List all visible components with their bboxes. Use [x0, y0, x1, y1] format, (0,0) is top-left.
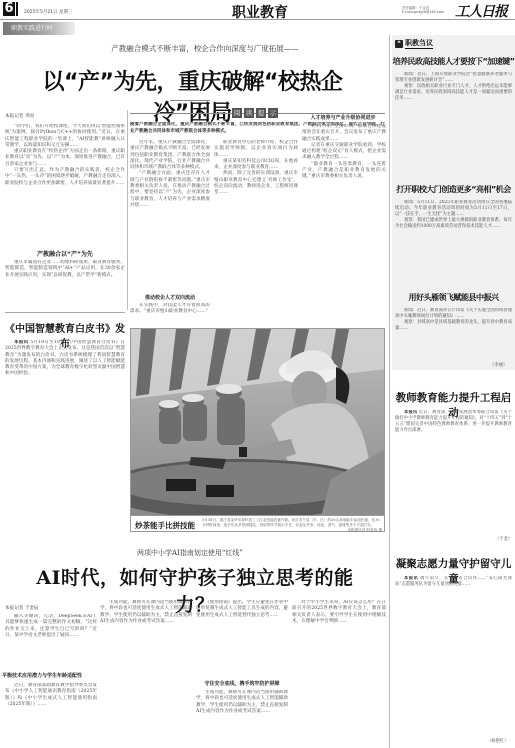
- paragraph: 重庆职业教育在“校热企冷”方面走出一条新路，重庆职业教育以“育”为先、以“产”为…: [5, 149, 125, 168]
- story-divider: [5, 312, 125, 313]
- paragraph: 观察：民政相关职业行业专门人才，人才供给还远未能够满足行业需求，培养民政领域高技…: [395, 84, 512, 102]
- ai-byline: 本报记者 于金辰: [5, 605, 39, 611]
- sidebar-body-4: 本报讯 近日，教育部、国家发展改革委联合印发《关于做好中小学教师教育能力提升工程…: [395, 410, 512, 536]
- caption-text: 5月18日，浙江省金华市茶叶加工工匠业技能竞赛开赛。来自各个县（市、区）的30名…: [202, 518, 380, 527]
- paragraph: “职业教育一头连着教育，一头连着产业，产教融合是职业教育发展的关键。”重庆市教委…: [302, 162, 386, 181]
- read-tip-char: 提: [256, 108, 266, 118]
- sidebar-headline-2: 打开职校大门创造更多“亮相”机会: [392, 184, 515, 195]
- headline-dashes: [170, 100, 210, 101]
- ai-col1-lower: 近日，教育部基础教育教学指导委员会发布《中小学人工智能通识教育指南（2025年版…: [5, 683, 97, 747]
- lead-subhead-2: 推动校企人才双向流动: [125, 294, 215, 301]
- sidebar-credit-5: （杨艳红）: [487, 738, 508, 744]
- sidebar-headline-3: 用好头雁领飞赋能县中振兴: [392, 292, 515, 303]
- editor-email: E-mail:grrbjyb@163.com: [402, 10, 444, 14]
- sidebar-credit-4: （于金）: [495, 536, 512, 542]
- photo-caption-title: 炒茶能手比拼技能: [135, 520, 195, 531]
- paragraph: 然而，除了完善的实训设备，重庆市璧山职业教育中心还建立‘名师工作室’，校企双向流…: [214, 171, 298, 196]
- page-number-bar: [16, 2, 18, 16]
- paragraph: 对于中小学生来说，AI应该怎么用？在日前召开的2025世界数字教育大会上，教育部…: [292, 600, 386, 625]
- column-tag: 职教实践进行时: [3, 22, 75, 35]
- paragraph: 新闻：近日，上海开放职业学院会“智慧健康养老服务与管理专业创新发展研讨会”……: [395, 72, 512, 84]
- paragraph: “同学们，我们开始授课吧，今天我们讲以‘智能控制系统’为案例，探讨Python与…: [5, 124, 125, 149]
- header-rule: [0, 19, 515, 20]
- sidebar-headline-1: 培养民政高技能人才要按下“加速键”: [392, 56, 515, 67]
- paragraph: 《使用指南》提出，学生应避免在作业中简单复制生成式人工智能工具生成的内容，避免使…: [196, 600, 288, 619]
- tea-workers-photo-illustration: [131, 329, 385, 516]
- lead-col2: 近年来，重庆产教融合全面深化，重庆产教融合模式不断丰富，已经发展到包括职业教育集…: [130, 140, 210, 288]
- read-tip-char: 示: [268, 108, 278, 118]
- ai-col3-lower: 生成功能，教师可在课内适当使用辅助教学，将中段也可适度使用生成式人工智能辅助教学…: [196, 690, 288, 746]
- sidebar-body-1: 新闻：近日，上海开放职业学院会“智慧健康养老服务与管理专业创新发展研讨会”…… …: [395, 72, 512, 182]
- lead-col2-lower: 在实践中，对技能人才有着很高的需求。“重庆市璧山职业教育中心……”: [130, 303, 210, 321]
- lead-subhead-1: 产教融合以“产”为先: [5, 249, 125, 258]
- sidebar-body-3: 新闻：近日，教育部办公厅印发《关于实施全国县域普通高中头雁教师岗位计划的通知》……: [395, 308, 512, 364]
- paragraph: 新闻：近日，教育部办公厅印发《关于实施全国县域普通高中头雁教师岗位计划的通知》……: [395, 308, 512, 320]
- paragraph: 生成功能，教师可在课内适当使用辅助教学，将中段也可适度使用生成式人工智能辅助教学…: [100, 600, 192, 625]
- paragraph: 只要写出汇总。作为产教融合的实践者，校企合作中“一头热、一头冷”的困境逐步破解，…: [5, 168, 125, 187]
- paragraph: 观察：我国已建成世界上最大规模的职业教育体系，每年为社会输送约1000万高素质劳…: [395, 218, 512, 230]
- ai-col1: 输入关键词，互动，DeepSeek等AI工具能够快速生成一篇完整的作文初稿。“这…: [5, 614, 97, 670]
- read-tip-char: 读: [244, 108, 254, 118]
- lead-label: 本报讯: [404, 576, 418, 581]
- paragraph: 重庆某知名科技公司CIO说，在他看来，企业深度参与职业教育……: [214, 159, 298, 172]
- lead-label: 本报讯: [14, 340, 28, 345]
- lead-col3: 职业教育中心的老师介绍，校企合作实施双导师制，以企业真实项目为载体…… 重庆某知…: [214, 140, 298, 320]
- photo-credit: 本报通讯员 时更西 摄: [202, 528, 382, 533]
- paragraph: 近年来，重庆产教融合全面深化，重庆产教融合模式不断丰富，已经发展到包括职业教育集…: [130, 140, 210, 171]
- quote-icon: ❝: [395, 40, 403, 48]
- sidebar-credit-3: （李丽）: [490, 362, 507, 368]
- sidebar-tag-label: 职教刍议: [405, 38, 433, 49]
- read-tip-title: 阅 读 提 示: [232, 108, 278, 118]
- paragraph: 重庆市属国有企业……构建科研成果、职业教育服务、智能制造，智能制造领域中“AI+…: [5, 260, 125, 279]
- ai-subhead-1: 平衡技术应用潜力与学生年龄适配性: [2, 672, 102, 679]
- lead-col1: “同学们，我们开始授课吧，今天我们讲以‘智能控制系统’为案例，探讨Python与…: [5, 124, 125, 236]
- page-number: 6: [3, 2, 15, 16]
- ai-kicker: 两项中小学AI指南划定使用“红线”: [80, 548, 300, 558]
- lead-col4: 4月17日，全国市域产教联合体建设推进会在重庆召开，会议发布了重庆产教融合实践成…: [302, 124, 386, 322]
- editor-info: 责任编辑：于金辰 E-mail:grrbjyb@163.com: [402, 6, 444, 14]
- lead-label: 本报讯: [404, 410, 417, 415]
- paragraph: 新闻：5月11日，2025年职业教育活动周在全国各地陆续启动。今年职业教育活动周…: [395, 200, 512, 218]
- lead-col4-subhead: 人才培养与产业升级协同进步: [300, 114, 386, 121]
- news-photo: [130, 328, 385, 516]
- sidebar-body-2: 新闻：5月11日，2025年职业教育活动周在全国各地陆续启动。今年职业教育活动周…: [395, 200, 512, 288]
- masthead-logo: 工人日报: [455, 1, 507, 21]
- paragraph: 4月17日，全国市域产教联合体建设推进会在重庆召开，会议发布了重庆产教融合实践成…: [302, 124, 386, 143]
- read-tip-char: 阅: [232, 108, 242, 118]
- paragraph: 观察：县域高中是县域基础教育的龙头，提升县中教育质量……: [395, 320, 512, 332]
- ai-col2: 生成功能，教师可在课内适当使用辅助教学，将中段也可适度使用生成式人工智能辅助教学…: [100, 600, 192, 746]
- paragraph: 在实践中，对技能人才有着很高的需求。“重庆市璧山职业教育中心……”: [130, 303, 210, 316]
- paragraph: 输入关键词，互动，DeepSeek等AI工具能够快速生成一篇完整的作文初稿。“这…: [5, 614, 97, 639]
- ai-col4: 对于中小学生来说，AI应该怎么用？在日前召开的2025世界数字教育大会上，教育部…: [292, 600, 386, 746]
- paragraph: 职业教育中心的老师介绍，校企合作实施双导师制，以企业真实项目为载体……: [214, 140, 298, 159]
- ai-subhead-2: 守住安全底线，携手筑牢防护屏障: [196, 680, 288, 687]
- sidebar-divider: [389, 35, 390, 748]
- paragraph: “产教融合方面，重庆还存在人才链与产业链衔接不紧密等问题。”重庆市教委相关负责人…: [130, 171, 210, 209]
- lead-kicker: 产教融合模式不断丰富，校企合作向深度与广度拓展——: [60, 43, 350, 54]
- paragraph: 近日，教育部基础教育教学指导委员会发布《中小学人工智能通识教育指南（2025年版…: [5, 683, 97, 708]
- photo-caption: 5月18日，浙江省金华市茶叶加工工匠业技能竞赛开赛。来自各个县（市、区）的30名…: [202, 518, 382, 533]
- ai-col3: 《使用指南》提出，学生应避免在作业中简单复制生成式人工智能工具生成的内容，避免使…: [196, 600, 288, 680]
- sidebar-body-5: 本报讯 端午前夕，在安徽省合山县……“安心阳光驿站”志愿服务队为留守儿童送去关爱…: [395, 576, 512, 738]
- issue-date: 2025年5月21日 星期三: [24, 9, 72, 15]
- paragraph: 生成功能，教师可在课内适当使用辅助教学，将中段也可适度使用生成式人工智能辅助教学…: [196, 690, 288, 715]
- lead-col1-lower: 重庆市属国有企业……构建科研成果、职业教育服务、智能制造，智能制造领域中“AI+…: [5, 260, 125, 304]
- column-divider: [127, 110, 128, 310]
- paragraph: 5月18日至19日，《中国智慧教育白皮书》在2025世界数字教育大会上正式发布。…: [5, 340, 125, 376]
- white-paper-body: 本报讯 5月18日至19日，《中国智慧教育白皮书》在2025世界数字教育大会上正…: [5, 340, 125, 535]
- sidebar-tag: ❝ 职教刍议: [395, 38, 433, 49]
- lead-byline: 本报记者 李国: [5, 113, 34, 119]
- paragraph: 记者在重庆交通职业学院看到，学校通过构建“校企双元”育人模式，把企业需求融入教学…: [302, 143, 386, 162]
